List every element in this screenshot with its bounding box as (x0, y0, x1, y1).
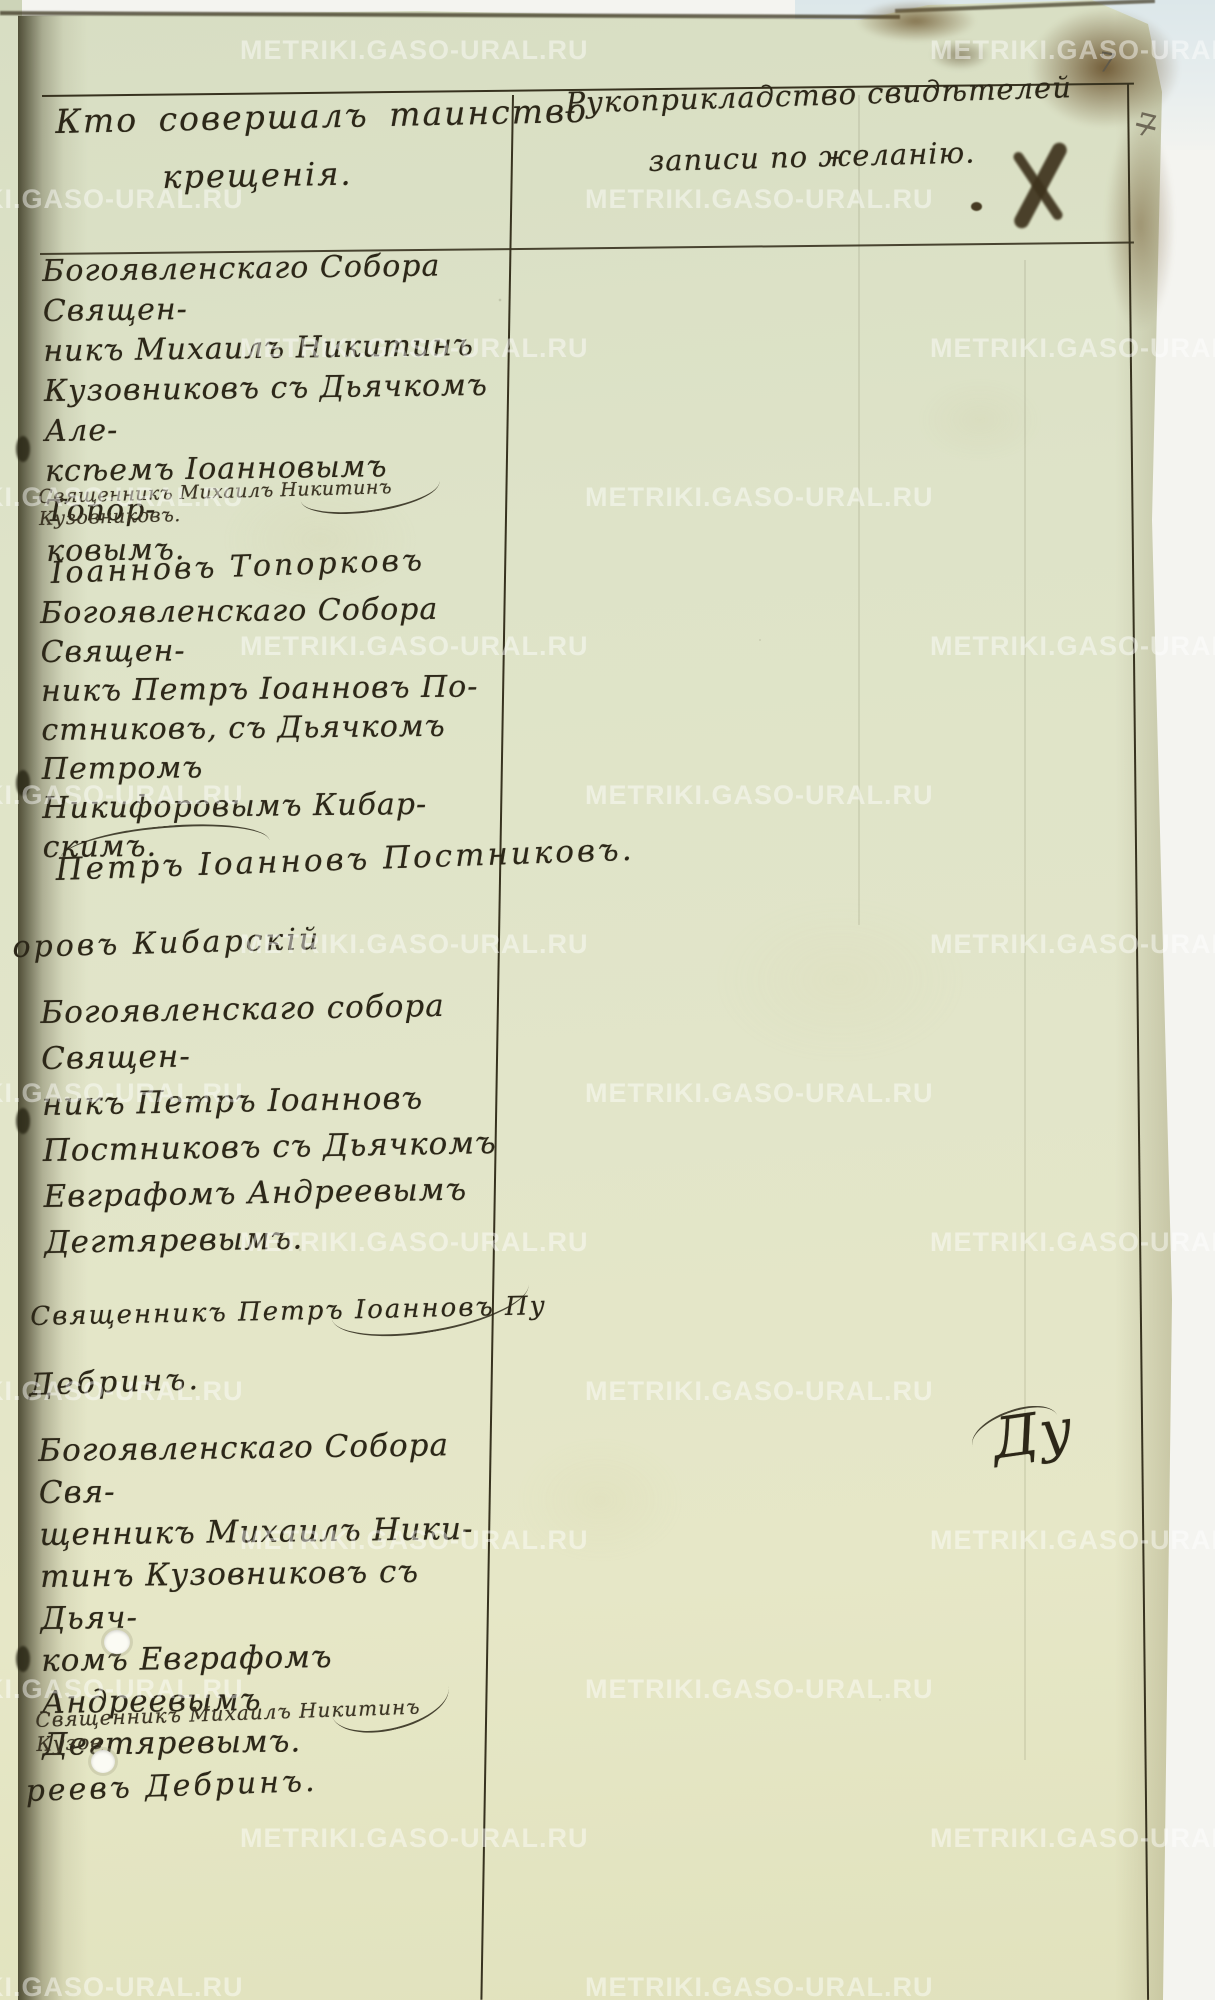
entry-3-officiant: Богоявленскаго собора Священ- никъ Петръ… (40, 982, 515, 1266)
binding-mark (16, 1108, 30, 1134)
binding-mark (16, 436, 30, 462)
binding-mark (16, 770, 30, 796)
binding-mark (16, 1646, 30, 1672)
header-left-title-line2: крещенія. (162, 155, 353, 196)
ink-cross-blot (995, 138, 1085, 233)
punch-hole (104, 1630, 130, 1654)
scanned-document-page: Кто совершалъ таинство крещенія. Рукопри… (0, 0, 1215, 2000)
signature-debrin: Дебринъ. (28, 1362, 201, 1403)
stain (856, 0, 976, 42)
punch-hole (91, 1750, 115, 1773)
stain (930, 40, 990, 70)
stain (1105, 120, 1175, 330)
paper-crease (858, 95, 860, 925)
entry-2-officiant: Богоявленскаго Собора Священ- никъ Петръ… (40, 589, 513, 867)
paper-crease (1024, 260, 1026, 1760)
